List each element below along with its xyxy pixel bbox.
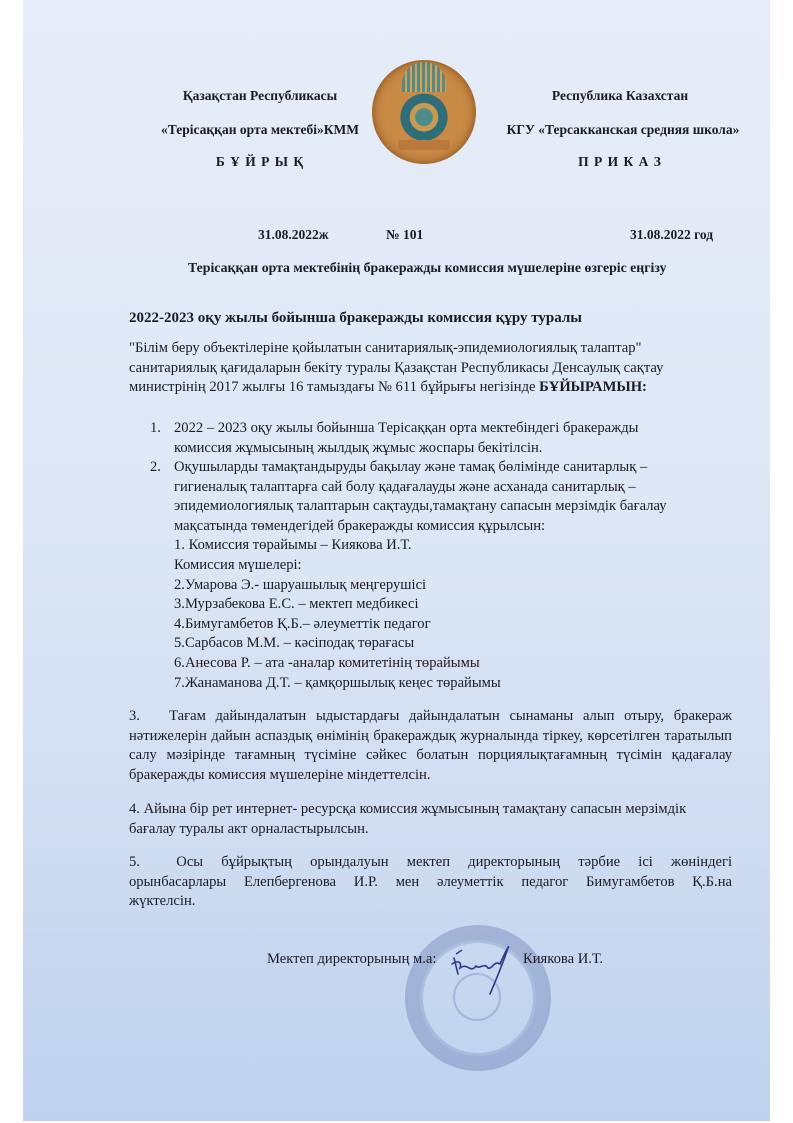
list-item-1: 1. 2022 – 2023 оқу жылы бойынша Терісаққ… xyxy=(150,419,638,458)
commission-member: 5.Сарбасов М.М. – кәсіподақ төрағасы xyxy=(174,634,667,654)
commission-member: 3.Мурзабекова Е.С. – мектеп медбикесі xyxy=(174,595,667,615)
commission-member: 6.Анесова Р. – ата -аналар комитетінің т… xyxy=(174,654,667,674)
header-left-country: Қазақстан Республикасы xyxy=(140,88,380,104)
header-right-country: Республика Казахстан xyxy=(500,88,740,104)
signature-name: Киякова И.Т. xyxy=(523,951,603,968)
paragraph-text: Тағам дайындалатын ыдыстардағы дайындала… xyxy=(129,708,732,783)
list-item-2: 2. Оқушыларды тамақтандыруды бақылау жән… xyxy=(150,458,667,693)
header-left-school: «Терісаққан орта мектебі»КММ xyxy=(130,122,390,138)
list-number: 2. xyxy=(150,458,161,478)
paragraph-line: бағалау туралы акт орналастырылсын. xyxy=(129,820,686,840)
list-line: комиссия жұмысының жылдық жұмыс жоспары … xyxy=(174,439,638,459)
paragraph-5: 5. Осы бұйрықтың орындалуын мектеп дирек… xyxy=(129,853,732,912)
paragraph-number: 3. xyxy=(129,708,140,724)
paragraph-3: 3. Тағам дайындалатын ыдыстардағы дайынд… xyxy=(129,707,732,785)
commission-chair: 1. Комиссия төрайымы – Киякова И.Т. xyxy=(174,536,667,556)
list-number: 1. xyxy=(150,419,161,439)
date-ru: 31.08.2022 год xyxy=(630,227,713,243)
preamble-line: министрінің 2017 жылғы 16 тамыздағы № 61… xyxy=(129,378,663,398)
list-line: гигиеналық талаптарға сай болу қадағалау… xyxy=(174,478,667,498)
signature-role: Мектеп директорының м.а: xyxy=(267,951,436,968)
commission-member: 4.Бимугамбетов Қ.Б.– әлеуметтік педагог xyxy=(174,615,667,635)
document-title: Терісаққан орта мектебінің бракеражды ко… xyxy=(188,260,667,276)
list-line: эпидемиологиялық талаптарын сақтауды,там… xyxy=(174,497,667,517)
paragraph-text: Осы бұйрықтың орындалуын мектеп директор… xyxy=(129,854,732,909)
list-line: мақсатында төмендегідей бракеражды комис… xyxy=(174,517,667,537)
commission-member: 2.Умарова Э.- шаруашылық меңгерушісі xyxy=(174,576,667,596)
order-emphasis: БҰЙЫРАМЫН: xyxy=(539,379,647,395)
paragraph-number: 5. xyxy=(129,854,140,870)
state-emblem-icon xyxy=(372,60,476,164)
commission-members-label: Комиссия мүшелері: xyxy=(174,556,667,576)
list-line: 2022 – 2023 оқу жылы бойынша Терісаққан … xyxy=(174,419,638,439)
commission-member: 7.Жанаманова Д.Т. – қамқоршылық кеңес тө… xyxy=(174,674,667,694)
paragraph-number: 4. xyxy=(129,801,140,817)
order-number: № 101 xyxy=(386,227,423,243)
header-right-school: КГУ «Терсакканская средняя школа» xyxy=(478,122,768,138)
list-line: Оқушыларды тамақтандыруды бақылау және т… xyxy=(174,458,667,478)
date-kz: 31.08.2022ж xyxy=(258,227,329,243)
header-right-doc-type: П Р И К А З xyxy=(520,154,720,170)
handwritten-signature-icon xyxy=(448,940,518,1000)
preamble-line: санитариялық қағидаларын бекіту туралы Қ… xyxy=(129,359,663,379)
header-left-doc-type: Б Ұ Й Р Ы Қ xyxy=(160,154,360,170)
paragraph-4: 4. Айына бір рет интернет- ресурсқа коми… xyxy=(129,800,686,839)
document-subtitle: 2022-2023 оқу жылы бойынша бракеражды ко… xyxy=(129,310,582,327)
preamble-line: "Білім беру объектілеріне қойылатын сани… xyxy=(129,339,663,359)
preamble: "Білім беру объектілеріне қойылатын сани… xyxy=(129,339,663,398)
